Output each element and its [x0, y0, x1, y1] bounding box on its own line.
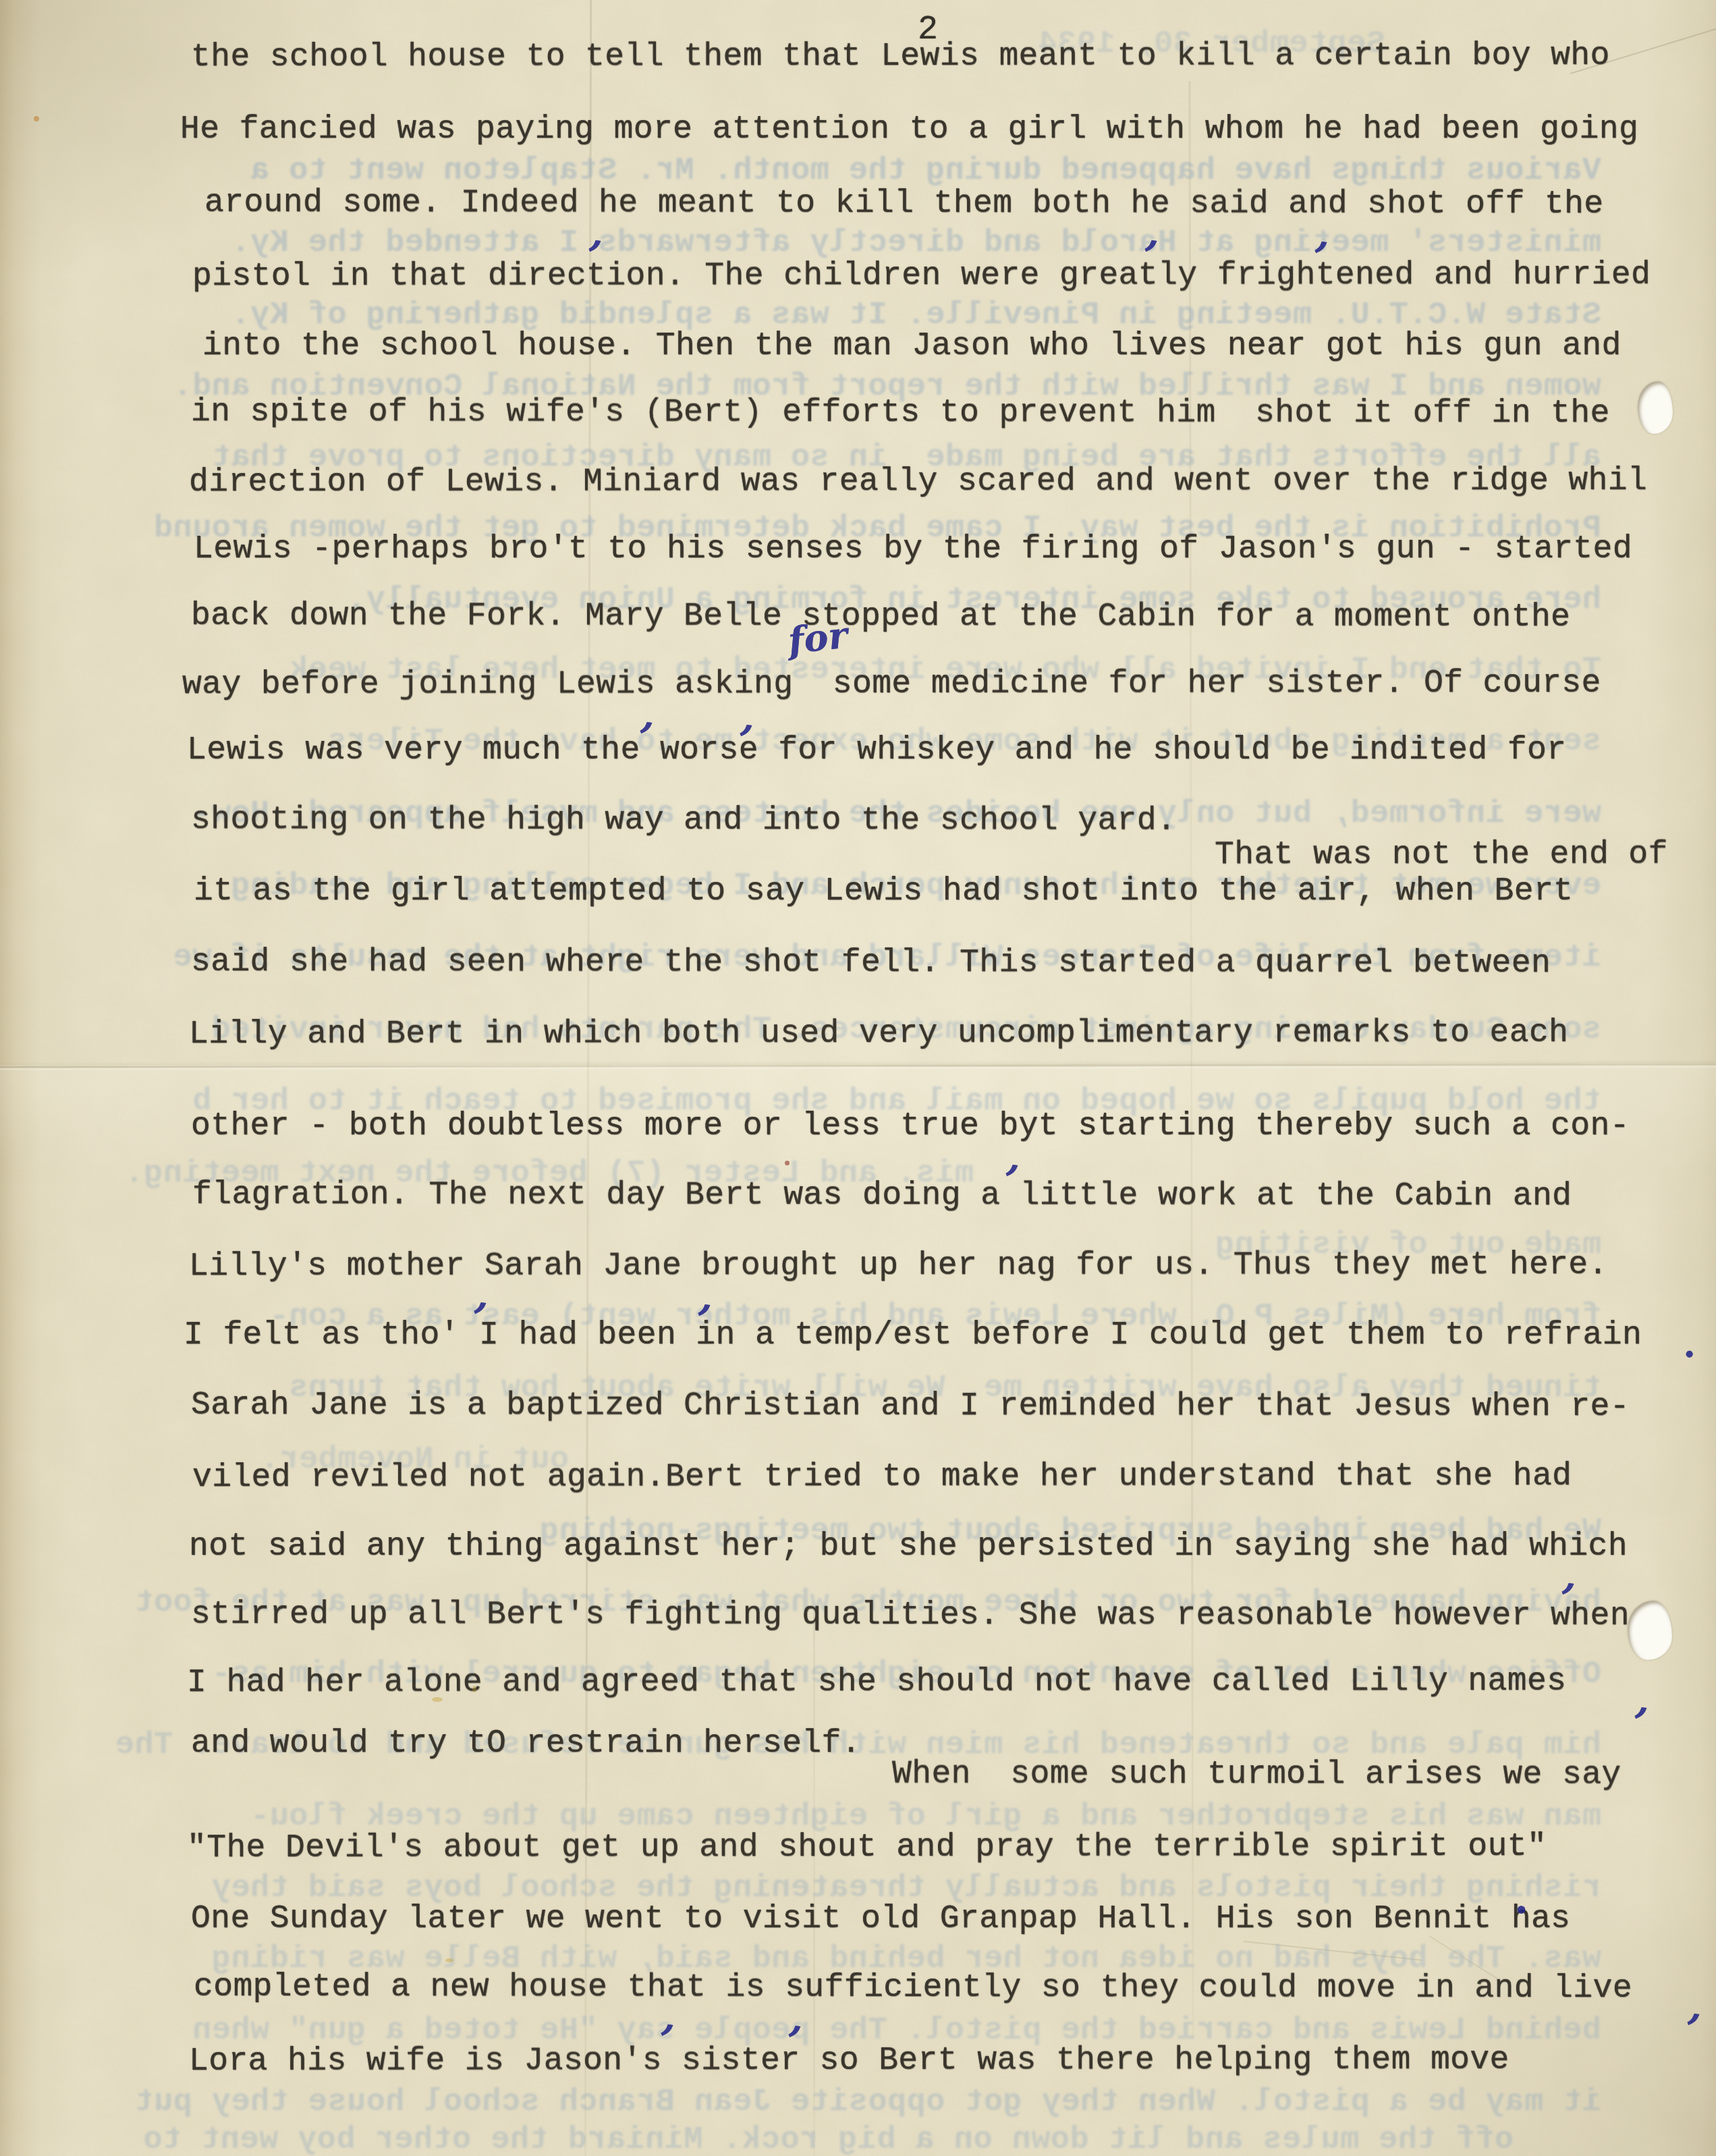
typed-line: When some such turmoil arises we say: [892, 1758, 1622, 1791]
paper-speck: [34, 116, 39, 121]
paper-hole: [1638, 381, 1673, 434]
letter-page: 2 September 30, 1934Various things have …: [0, 0, 1716, 2156]
paper-speck: [432, 1697, 443, 1702]
horizontal-fold-crease: [0, 1063, 1716, 1068]
bleedthrough-line: ministers' meeting at Harold and directl…: [184, 227, 1601, 259]
typed-line: Lilly and Bert in which both used very u…: [189, 1017, 1568, 1051]
typed-line: pistol in that direction. The children w…: [192, 259, 1651, 293]
bleedthrough-line: Various things have happened during the …: [184, 155, 1601, 187]
typed-line: That was not the end of: [1215, 839, 1668, 872]
paper-speck: [785, 1161, 790, 1165]
typed-line: Lewis -perhaps bro't to his senses by th…: [194, 533, 1632, 565]
typed-line: Lora his wife is Jason's sister so Bert …: [189, 2044, 1510, 2078]
bleedthrough-line: off the mules and lit down on a big rock…: [96, 2124, 1514, 2156]
typed-line: direction of Lewis. Miniard was really s…: [189, 465, 1647, 499]
typed-line: completed a new house that is sufficient…: [194, 1971, 1632, 2005]
typed-line: other - both doubtless more or less true…: [191, 1110, 1630, 1142]
paper-hole: [1628, 1601, 1672, 1660]
typed-line: into the school house. Then the man Jaso…: [202, 330, 1622, 362]
typed-line: the school house to tell them that Lewis…: [191, 40, 1610, 74]
typed-line: Sarah Jane is a baptized Christian and I…: [191, 1389, 1630, 1423]
typed-line: said she had seen where the shot fell. T…: [191, 946, 1551, 980]
handwritten-dot-annotation: ●: [1685, 1349, 1694, 1358]
typed-line: way before joining Lewis asking some med…: [182, 667, 1601, 701]
typed-line: around some. Indeed he meant to kill the…: [204, 187, 1604, 221]
bleedthrough-line: man was his stepbrother and a girl of ei…: [184, 1801, 1601, 1833]
bleedthrough-line: State W.C.T.U. meeting in Pineville. It …: [184, 300, 1601, 331]
bleedthrough-line: rishing their pistols and actually threa…: [184, 1873, 1601, 1904]
typed-line: not said any thing against her; but she …: [189, 1530, 1628, 1563]
handwritten-comma-annotation: ,: [1687, 1987, 1705, 2026]
handwritten-dot-annotation: ●: [1516, 1904, 1526, 1915]
typed-line: it as the girl attempted to say Lewis ha…: [194, 875, 1573, 908]
typed-line: viled reviled not again.Bert tried to ma…: [192, 1460, 1572, 1494]
typed-line: One Sunday later we went to visit old Gr…: [191, 1903, 1570, 1935]
typed-line: in spite of his wife's (Bert) efforts to…: [191, 396, 1610, 430]
typed-line: and would try tO restrain herself.: [191, 1727, 861, 1760]
typed-line: stirred up all Bert's fighting qualities…: [191, 1599, 1630, 1632]
typed-line: flagration. The next day Bert was doing …: [192, 1179, 1572, 1213]
handwritten-comma-annotation: ,: [1634, 1681, 1653, 1720]
paper-speck: [445, 1958, 453, 1962]
handwritten-word-annotation: for: [786, 617, 849, 659]
paper-speck: [472, 1686, 476, 1692]
typed-line: Lewis was very much the worse for whiske…: [187, 734, 1566, 767]
typed-line: I had her alone and agreed that she shou…: [187, 1665, 1566, 1699]
typed-line: shooting on the high way and into the sc…: [191, 804, 1176, 837]
bleedthrough-line: it may be a pistol. When they got opposi…: [184, 2086, 1601, 2118]
typed-line: back down the Fork. Mary Belle stopped a…: [191, 600, 1570, 634]
typed-line: "The Devil's about get up and shout and …: [187, 1831, 1547, 1864]
typed-line: I felt as tho' I had been in a temp/est …: [184, 1319, 1642, 1352]
typed-line: Lilly's mother Sarah Jane brought up her…: [189, 1249, 1608, 1283]
typed-line: He fancied was paying more attention to …: [180, 113, 1638, 146]
